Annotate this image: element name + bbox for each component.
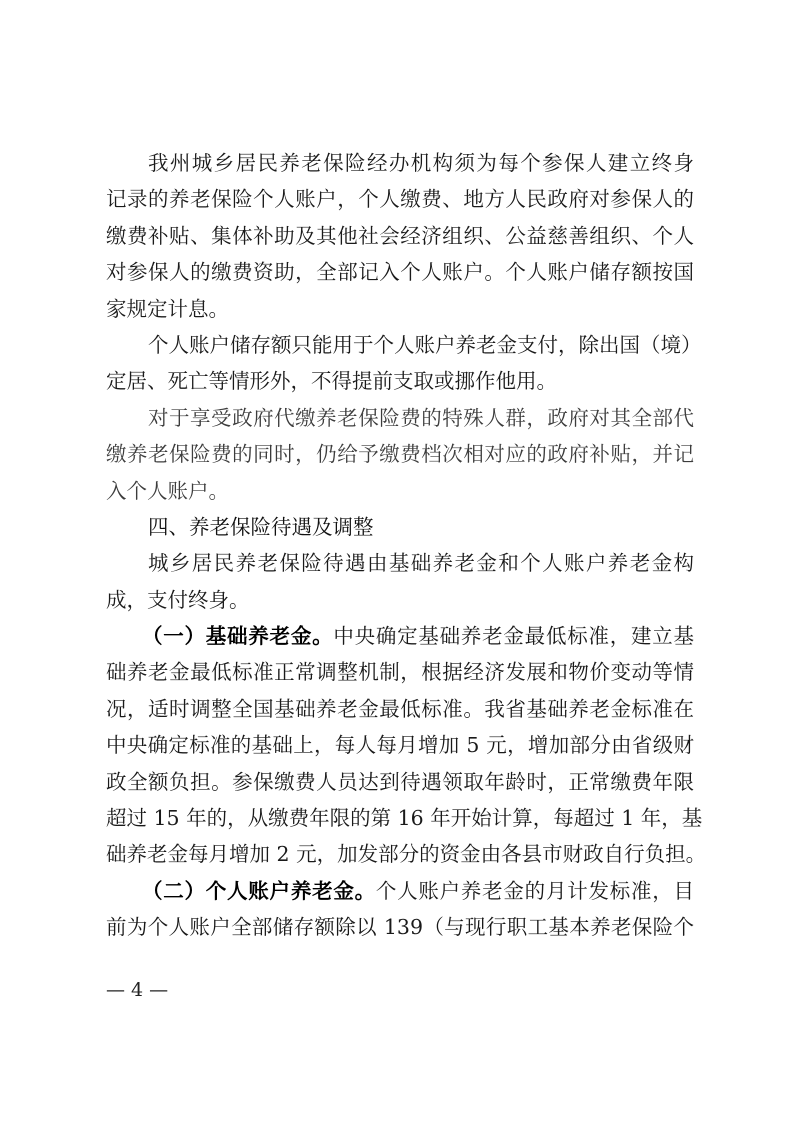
paragraph-text: 个人账户养老金的月计发标准，目: [376, 879, 694, 903]
document-body: 我州城乡居民养老保险经办机构须为每个参保人建立终身 记录的养老保险个人账户，个人…: [106, 145, 694, 946]
paragraph-line: （一）基础养老金。中央确定基础养老金最低标准，建立基: [106, 618, 694, 654]
paragraph-line: 础养老金每月增加 2 元，加发部分的资金由各县市财政自行负担。: [106, 836, 694, 872]
paragraph-line: 我州城乡居民养老保险经办机构须为每个参保人建立终身: [106, 145, 694, 181]
paragraph-line: 础养老金最低标准正常调整机制，根据经济发展和物价变动等情: [106, 654, 694, 690]
paragraph-line: （二）个人账户养老金。个人账户养老金的月计发标准，目: [106, 873, 694, 909]
paragraph-line: 家规定计息。: [106, 291, 694, 327]
paragraph-line: 入个人账户。: [106, 473, 694, 509]
paragraph-line: 缴养老保险费的同时，仍给予缴费档次相对应的政府补贴，并记: [106, 436, 694, 472]
paragraph-line: 政全额负担。参保缴费人员达到待遇领取年龄时，正常缴费年限: [106, 764, 694, 800]
page-number: — 4 —: [106, 976, 168, 1004]
subsection-title: （一）基础养老金。: [142, 624, 333, 648]
paragraph-line: 成，支付终身。: [106, 582, 694, 618]
paragraph-line: 前为个人账户全部储存额除以 139（与现行职工基本养老保险个: [106, 909, 694, 945]
paragraph-line: 缴费补贴、集体补助及其他社会经济组织、公益慈善组织、个人: [106, 218, 694, 254]
subsection-title: （二）个人账户养老金。: [142, 879, 376, 903]
document-page: 我州城乡居民养老保险经办机构须为每个参保人建立终身 记录的养老保险个人账户，个人…: [0, 0, 793, 1122]
paragraph-text: 中央确定基础养老金最低标准，建立基: [333, 624, 694, 648]
paragraph-line: 个人账户储存额只能用于个人账户养老金支付，除出国（境）: [106, 327, 694, 363]
paragraph-line: 记录的养老保险个人账户，个人缴费、地方人民政府对参保人的: [106, 181, 694, 217]
paragraph-line: 况，适时调整全国基础养老金最低标准。我省基础养老金标准在: [106, 691, 694, 727]
section-heading: 四、养老保险待遇及调整: [106, 509, 694, 545]
paragraph-line: 对于享受政府代缴养老保险费的特殊人群，政府对其全部代: [106, 400, 694, 436]
paragraph-line: 城乡居民养老保险待遇由基础养老金和个人账户养老金构: [106, 545, 694, 581]
paragraph-line: 对参保人的缴费资助，全部记入个人账户。个人账户储存额按国: [106, 254, 694, 290]
paragraph-line: 中央确定标准的基础上，每人每月增加 5 元，增加部分由省级财: [106, 727, 694, 763]
paragraph-line: 定居、死亡等情形外，不得提前支取或挪作他用。: [106, 363, 694, 399]
paragraph-line: 超过 15 年的，从缴费年限的第 16 年开始计算，每超过 1 年，基: [106, 800, 694, 836]
